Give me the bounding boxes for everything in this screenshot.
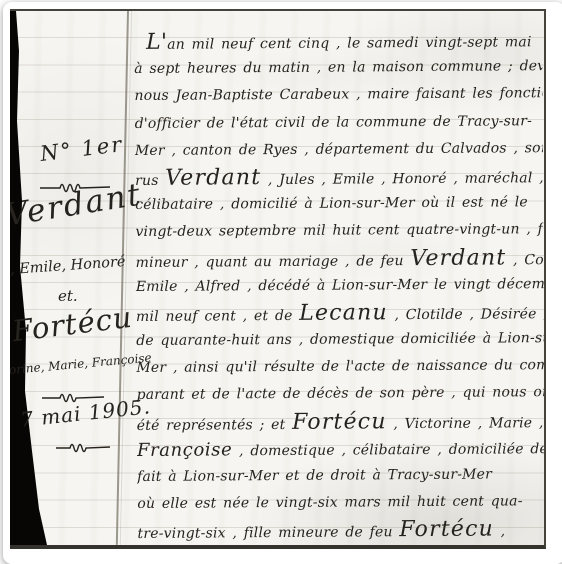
act-text-segment: Françoise <box>137 439 233 461</box>
act-text-line: d'officier de l'état civil de la commune… <box>135 108 543 138</box>
act-text-line: été représentés ; et Fortécu , Victorine… <box>137 407 545 437</box>
surname-emphasis: Fortécu <box>292 409 387 435</box>
act-body-lines: L'an mil neuf cent cinq , le samedi ving… <box>134 26 546 547</box>
act-text-segment: , Constant , <box>506 251 543 268</box>
act-text-line: nous Jean-Baptiste Carabeux , maire fais… <box>134 81 542 111</box>
act-text-line: rus Verdant , Jules , Emile , Honoré , m… <box>135 162 543 192</box>
act-text-line: parant et de l'acte de décès de son père… <box>136 380 544 410</box>
act-text-segment: , domestique , célibataire , domiciliée … <box>232 441 545 459</box>
act-text-segment: , Victorine , Marie , <box>387 415 544 432</box>
act-text-line: mineur , quant au mariage , de feu Verda… <box>136 244 544 274</box>
act-text-line: fait à Lion-sur-Mer et de droit à Tracy-… <box>137 461 545 491</box>
act-text-segment: fait à Lion-sur-Mer et de droit à Tracy-… <box>137 467 492 485</box>
book-binding-shadow <box>10 11 54 545</box>
act-text-line: à sept heures du matin , en la maison co… <box>134 53 542 83</box>
act-text-segment: , <box>494 524 505 540</box>
act-text-line: L'an mil neuf cent cinq , le samedi ving… <box>134 26 542 56</box>
act-text-segment: vingt-deux septembre mil huit cent quatr… <box>135 221 543 240</box>
act-text-line: Emile , Alfred , décédé à Lion-sur-Mer l… <box>136 271 544 301</box>
margin-conjunction: et. <box>58 287 78 305</box>
act-text-segment: L'an mil neuf cent cinq , le samedi ving… <box>146 34 532 53</box>
act-text-line: de quarante-huit ans , domestique domici… <box>136 325 544 355</box>
act-text-line: Françoise , domestique , célibataire , d… <box>137 434 545 464</box>
act-text-segment: de quarante-huit ans , domestique domici… <box>136 330 544 349</box>
act-text-segment: mil neuf cent , et de <box>136 308 299 325</box>
act-text-segment: , Clotilde , Désirée , âgée <box>388 306 544 323</box>
act-text-line: célibataire , domicilié à Lion-sur-Mer o… <box>135 189 543 219</box>
surname-emphasis: Fortécu <box>399 517 494 543</box>
act-text-segment: été représentés ; et <box>137 417 292 434</box>
act-text-segment: parant et de l'acte de décès de son père… <box>137 384 545 403</box>
act-text-segment: Mer , canton de Ryes , département du Ca… <box>135 139 543 158</box>
act-text-line: Mer , canton de Ryes , département du Ca… <box>135 135 543 165</box>
flourish-icon <box>54 441 112 453</box>
register-paper: N° 1er Verdant , Emile, Honoré et. Forté… <box>10 9 546 549</box>
act-text-segment: tre-vingt-six , fille mineure de feu <box>137 525 399 543</box>
act-text-segment: , Jules , Emile , Honoré , maréchal , <box>261 170 543 188</box>
act-text-segment: mineur , quant au mariage , de feu <box>136 253 411 271</box>
surname-emphasis: Verdant <box>410 245 506 271</box>
act-text-segment: rus <box>135 173 165 189</box>
act-text-segment: nous Jean-Baptiste Carabeux , maire fais… <box>134 85 542 104</box>
margin-bride-firstnames: torine, Marie, Françoise <box>10 351 152 378</box>
act-text-segment: d'officier de l'état civil de la commune… <box>135 113 532 132</box>
margin-groom-firstnames: , Emile, Honoré <box>10 254 126 278</box>
act-text-line: Mer , ainsi qu'il résulte de l'acte de n… <box>136 352 544 382</box>
act-text-line: où elle est née le vingt-six mars mil hu… <box>137 488 545 518</box>
margin-bride-surname: Fortécu <box>10 300 134 348</box>
act-text-line: vingt-deux septembre mil huit cent quatr… <box>135 216 543 246</box>
act-text-segment: Emile , Alfred , décédé à Lion-sur-Mer l… <box>136 276 544 295</box>
act-text-segment: à sept heures du matin , en la maison co… <box>134 58 542 77</box>
surname-emphasis: Lecanu <box>299 300 388 326</box>
surname-emphasis: Verdant <box>165 165 261 191</box>
act-text-line: tre-vingt-six , fille mineure de feu For… <box>137 516 545 546</box>
scanned-register-page: N° 1er Verdant , Emile, Honoré et. Forté… <box>3 2 562 560</box>
act-text-segment: Mer , ainsi qu'il résulte de l'acte de n… <box>136 357 544 376</box>
act-text-line: mil neuf cent , et de Lecanu , Clotilde … <box>136 298 544 328</box>
act-text-segment: où elle est née le vingt-six mars mil hu… <box>137 493 522 512</box>
act-text-segment: célibataire , domicilié à Lion-sur-Mer o… <box>135 194 528 213</box>
act-number: N° 1er <box>39 132 125 166</box>
